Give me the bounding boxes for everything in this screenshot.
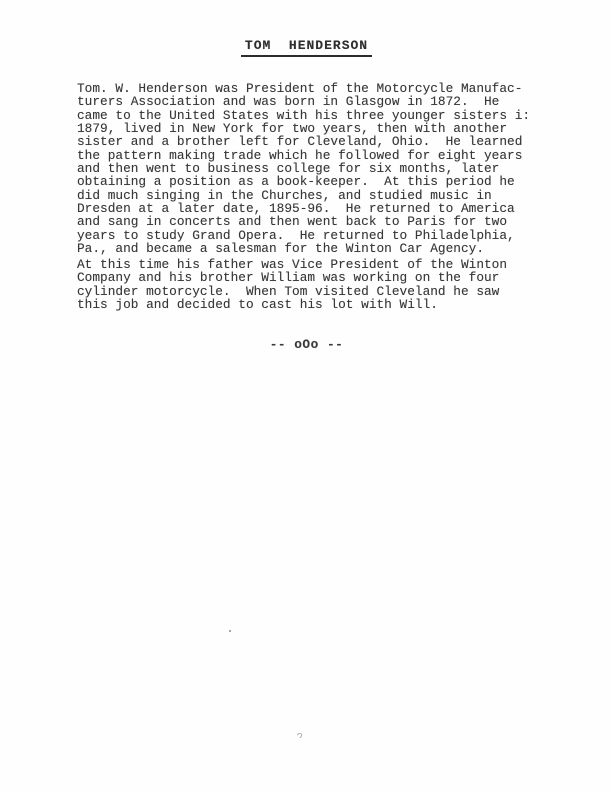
paragraph-winton: At this time his father was Vice Preside…: [77, 258, 567, 311]
ink-speck: [229, 630, 231, 632]
section-divider: -- oOo --: [0, 337, 613, 352]
scanned-document-page: TOM HENDERSON Tom. W. Henderson was Pres…: [0, 0, 613, 793]
page-number: 2: [296, 731, 303, 738]
document-title: TOM HENDERSON: [241, 38, 372, 57]
paragraph-biography: Tom. W. Henderson was President of the M…: [77, 82, 567, 255]
title-container: TOM HENDERSON: [0, 36, 613, 57]
